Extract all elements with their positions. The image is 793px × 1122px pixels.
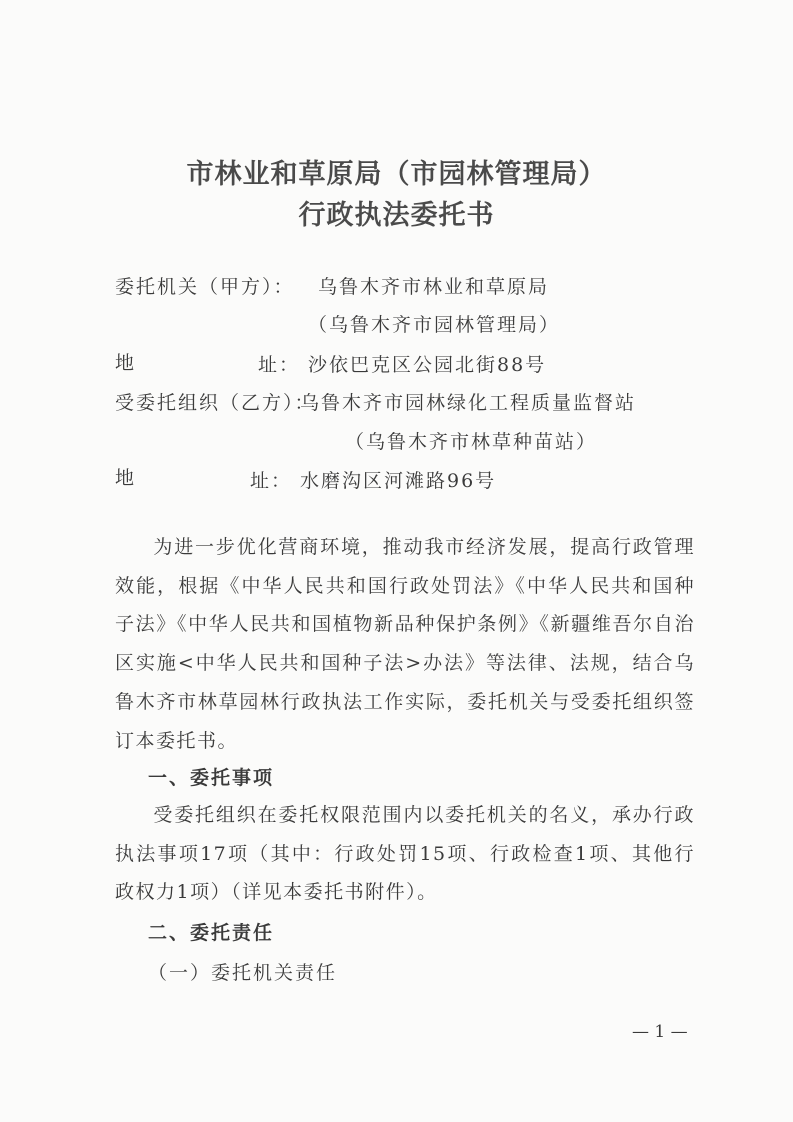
section1-paragraph: 受委托组织在委托权限范围内以委托机关的名义，承办行政执法事项17项（其中：行政处… [115, 796, 695, 912]
party-b-name-line1: 乌鲁木齐市园林绿化工程质量监督站 [300, 388, 636, 415]
section1-paragraph-text: 受委托组织在委托权限范围内以委托机关的名义，承办行政执法事项17项（其中：行政处… [115, 804, 695, 903]
section1-heading: 一、委托事项 [148, 763, 274, 790]
section2-heading: 二、委托责任 [148, 918, 274, 945]
intro-paragraph-text: 为进一步优化营商环境，推动我市经济发展，提高行政管理效能，根据《中华人民共和国行… [115, 536, 695, 752]
party-b-name-line2: （乌鲁木齐市林草种苗站） [345, 427, 597, 454]
party-b-address: 水磨沟区河滩路96号 [300, 466, 496, 493]
page-number: — 1 — [632, 1022, 688, 1042]
party-b-address-label-1: 地 [115, 463, 136, 490]
party-a-label: 委托机关（甲方）： [115, 272, 295, 299]
party-b-address-label-2: 址： [250, 466, 292, 493]
party-a-address-label-2: 址： [258, 350, 300, 377]
document-title-line2: 行政执法委托书 [0, 193, 793, 232]
party-b-label: 受委托组织（乙方）： [115, 388, 316, 415]
party-a-address-label-1: 地 [115, 348, 136, 375]
party-a-address: 沙依巴克区公园北街88号 [308, 350, 546, 377]
section2-sub1: （一）委托机关责任 [148, 958, 337, 985]
document-title-line1: 市林业和草原局（市园林管理局） [0, 152, 793, 191]
party-a-name-line2: （乌鲁木齐市园林管理局） [308, 310, 560, 337]
party-a-name-line1: 乌鲁木齐市林业和草原局 [318, 272, 549, 299]
intro-paragraph: 为进一步优化营商环境，推动我市经济发展，提高行政管理效能，根据《中华人民共和国行… [115, 528, 695, 760]
